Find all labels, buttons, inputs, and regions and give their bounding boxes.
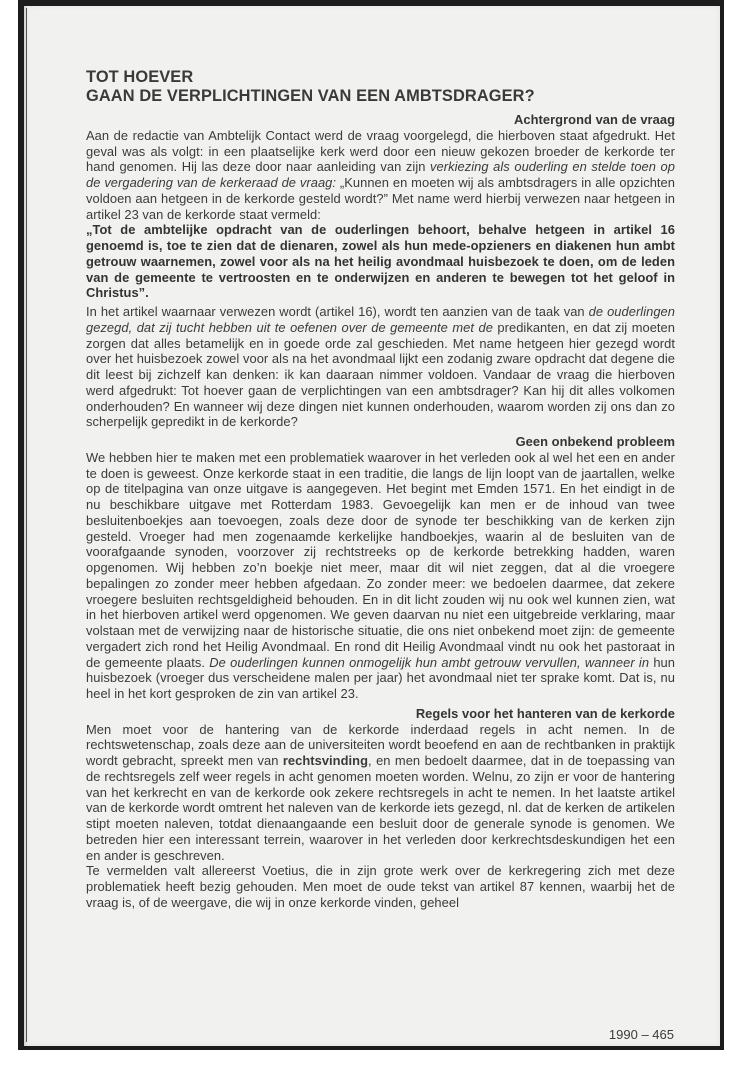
section-heading-geen-onbekend-probleem: Geen onbekend probleem [86, 434, 675, 450]
paragraph-artikel-16: In het artikel waarnaar verwezen wordt (… [86, 304, 675, 430]
section-heading-achtergrond: Achtergrond van de vraag [86, 112, 675, 128]
quoted-article-23: „Tot de ambtelijke opdracht van de ouder… [86, 222, 675, 301]
title-line-2: GAAN DE VERPLICHTINGEN VAN EEN AMBTSDRAG… [86, 87, 535, 105]
section-heading-regels: Regels voor het hanteren van de kerkorde [86, 706, 675, 722]
paragraph-intro: Aan de redactie van Ambtelijk Contact we… [86, 128, 675, 223]
page-number: 1990 – 465 [609, 1027, 674, 1042]
text-run: In het artikel waarnaar verwezen wordt (… [86, 304, 589, 319]
text-run-italic: De ouderlingen kunnen onmogelijk hun amb… [209, 655, 649, 670]
paragraph-traditie: We hebben hier te maken met een problema… [86, 450, 675, 702]
text-run: , en men bedoelt daarmee, dat in de toep… [86, 753, 675, 863]
title-line-1: TOT HOEVER [86, 68, 193, 86]
article: TOT HOEVER GAAN DE VERPLICHTINGEN VAN EE… [86, 68, 675, 911]
text-run: predikanten, en dat zij moeten zorgen da… [86, 320, 675, 430]
text-run: We hebben hier te maken met een problema… [86, 450, 675, 670]
paragraph-voetius: Te vermelden valt allereerst Voetius, di… [86, 863, 675, 910]
text-run-bold: rechtsvinding [283, 753, 368, 768]
paragraph-rechtsvinding: Men moet voor de hantering van de kerkor… [86, 722, 675, 864]
page-edge-line [26, 8, 27, 1042]
article-title: TOT HOEVER GAAN DE VERPLICHTINGEN VAN EE… [86, 68, 675, 106]
